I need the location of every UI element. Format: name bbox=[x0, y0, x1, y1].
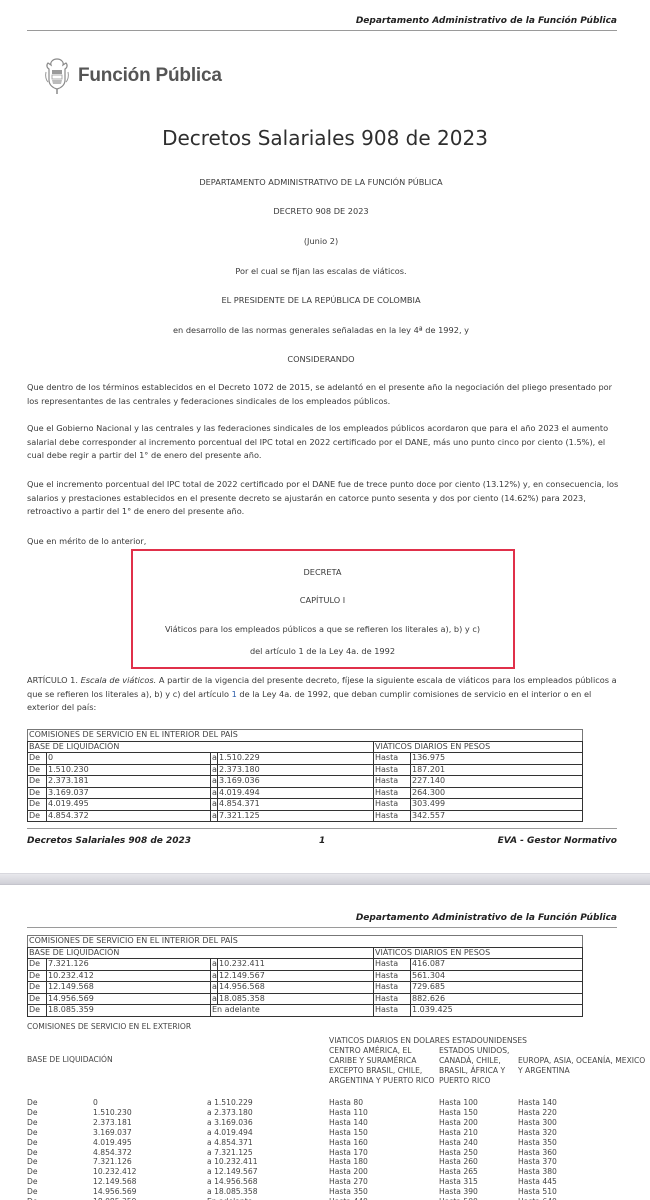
exterior-cell-to: a 4.854.371 bbox=[207, 1138, 253, 1148]
exterior-cell-r3: Hasta 140 bbox=[518, 1098, 557, 1108]
exterior-cell-from: 0 bbox=[93, 1098, 98, 1108]
table-caption-row: COMISIONES DE SERVICIO EN EL INTERIOR DE… bbox=[28, 730, 583, 742]
cell-hasta: Hasta bbox=[374, 982, 411, 994]
table-row: De14.956.569a18.085.358Hasta882.626 bbox=[28, 993, 583, 1005]
considerando-paragraph: Que el Gobierno Nacional y las centrales… bbox=[27, 422, 619, 463]
cell-de: De bbox=[28, 753, 47, 765]
exterior-cell-r2: Hasta 100 bbox=[439, 1098, 478, 1108]
article-heading: Escala de viáticos. bbox=[81, 675, 157, 685]
exterior-cell-to: a 4.019.494 bbox=[207, 1128, 253, 1138]
cell-a: a bbox=[211, 753, 218, 765]
table-row: De12.149.568a14.956.568Hasta729.685 bbox=[28, 982, 583, 994]
exterior-cell-from: 4.854.372 bbox=[93, 1148, 132, 1158]
exterior-cell-r2: Hasta 315 bbox=[439, 1177, 478, 1187]
exterior-cell-to: a 10.232.411 bbox=[207, 1157, 258, 1167]
cell-hasta: Hasta bbox=[374, 776, 411, 788]
exterior-cell-from: 2.373.181 bbox=[93, 1118, 132, 1128]
cell-de: De bbox=[28, 764, 47, 776]
column-header-base: BASE DE LIQUIDACIÓN bbox=[28, 741, 374, 753]
exterior-cell-de: De bbox=[27, 1128, 38, 1138]
region-header: EUROPA, ASIA, OCEANÍA, MEXICO Y ARGENTIN… bbox=[518, 1056, 648, 1076]
preamble-line: en desarrollo de las normas generales se… bbox=[0, 325, 642, 335]
exterior-cell-de: De bbox=[27, 1148, 38, 1158]
page-footer: Decretos Salariales 908 de 2023 1 EVA - … bbox=[27, 828, 617, 836]
cell-a: a bbox=[211, 787, 218, 799]
document-page-2: Departamento Administrativo de la Funció… bbox=[0, 885, 650, 1200]
cell-hasta: Hasta bbox=[374, 753, 411, 765]
chapter-heading: CAPÍTULO I bbox=[133, 595, 512, 605]
cell-de: De bbox=[28, 776, 47, 788]
colombia-coat-of-arms-icon bbox=[42, 56, 72, 96]
cell-value: 264.300 bbox=[411, 787, 583, 799]
exterior-cell-r3: Hasta 220 bbox=[518, 1108, 557, 1118]
cell-to: 1.510.229 bbox=[218, 753, 374, 765]
cell-value: 303.499 bbox=[411, 799, 583, 811]
cell-from: 7.321.126 bbox=[47, 959, 211, 971]
table-row: De4.019.495a4.854.371Hasta303.499 bbox=[28, 799, 583, 811]
exterior-cell-r3: Hasta 300 bbox=[518, 1118, 557, 1128]
exterior-cell-de: De bbox=[27, 1187, 38, 1197]
cell-to: 14.956.568 bbox=[218, 982, 374, 994]
cell-hasta: Hasta bbox=[374, 764, 411, 776]
exterior-cell-r3: Hasta 380 bbox=[518, 1167, 557, 1177]
preamble-line: Por el cual se fijan las escalas de viát… bbox=[0, 266, 642, 276]
cell-value: 342.557 bbox=[411, 810, 583, 822]
cell-a: a bbox=[211, 982, 218, 994]
running-header: Departamento Administrativo de la Funció… bbox=[27, 16, 617, 31]
exterior-col-base: BASE DE LIQUIDACIÓN bbox=[27, 1055, 113, 1065]
exterior-cell-r1: Hasta 80 bbox=[329, 1098, 363, 1108]
table-caption: COMISIONES DE SERVICIO EN EL INTERIOR DE… bbox=[28, 730, 583, 742]
exterior-cell-de: De bbox=[27, 1138, 38, 1148]
interior-viaticos-table-continued: COMISIONES DE SERVICIO EN EL INTERIOR DE… bbox=[27, 935, 583, 1017]
cell-hasta: Hasta bbox=[374, 810, 411, 822]
table-row: De2.373.181a3.169.036Hasta227.140 bbox=[28, 776, 583, 788]
footer-document-title: Decretos Salariales 908 de 2023 bbox=[27, 836, 191, 846]
cell-from: 4.019.495 bbox=[47, 799, 211, 811]
exterior-cell-r2: Hasta 390 bbox=[439, 1187, 478, 1197]
table-row: De3.169.037a4.019.494Hasta264.300 bbox=[28, 787, 583, 799]
exterior-cell-r1: Hasta 180 bbox=[329, 1157, 368, 1167]
page-title: Decretos Salariales 908 de 2023 bbox=[0, 126, 650, 150]
article-label: ARTÍCULO 1. bbox=[27, 675, 78, 685]
table-header-row: BASE DE LIQUIDACIÓNVIÁTICOS DIARIOS EN P… bbox=[28, 741, 583, 753]
cell-a: a bbox=[211, 810, 218, 822]
cell-a: a bbox=[211, 764, 218, 776]
decreta-heading: DECRETA bbox=[133, 567, 512, 577]
exterior-caption: COMISIONES DE SERVICIO EN EL EXTERIOR bbox=[27, 1022, 191, 1032]
chapter-subtitle: del artículo 1 de la Ley 4a. de 1992 bbox=[133, 646, 512, 656]
cell-de: De bbox=[28, 970, 47, 982]
table-row: De10.232.412a12.149.567Hasta561.304 bbox=[28, 970, 583, 982]
exterior-cell-de: De bbox=[27, 1177, 38, 1187]
exterior-cell-r2: Hasta 210 bbox=[439, 1128, 478, 1138]
column-header-viaticos: VIÁTICOS DIARIOS EN PESOS bbox=[374, 741, 583, 753]
cell-de: De bbox=[28, 810, 47, 822]
cell-to: 10.232.411 bbox=[218, 959, 374, 971]
preamble-line: EL PRESIDENTE DE LA REPÚBLICA DE COLOMBI… bbox=[0, 295, 642, 305]
exterior-cell-de: De bbox=[27, 1108, 38, 1118]
column-header-base: BASE DE LIQUIDACIÓN bbox=[28, 947, 374, 959]
exterior-cell-r2: Hasta 200 bbox=[439, 1118, 478, 1128]
exterior-cell-r3: Hasta 360 bbox=[518, 1148, 557, 1158]
table-row: De0a1.510.229Hasta136.975 bbox=[28, 753, 583, 765]
cell-de: De bbox=[28, 982, 47, 994]
cell-to: 7.321.125 bbox=[218, 810, 374, 822]
exterior-cell-from: 3.169.037 bbox=[93, 1128, 132, 1138]
cell-value: 729.685 bbox=[411, 982, 583, 994]
cell-value: 1.039.425 bbox=[411, 1005, 583, 1017]
exterior-cell-r2: Hasta 260 bbox=[439, 1157, 478, 1167]
cell-value: 882.626 bbox=[411, 993, 583, 1005]
exterior-cell-r3: Hasta 510 bbox=[518, 1187, 557, 1197]
cell-from: 1.510.230 bbox=[47, 764, 211, 776]
cell-hasta: Hasta bbox=[374, 1005, 411, 1017]
cell-a: a bbox=[211, 799, 218, 811]
cell-hasta: Hasta bbox=[374, 993, 411, 1005]
cell-to: 4.019.494 bbox=[218, 787, 374, 799]
cell-from: 18.085.359 bbox=[47, 1005, 211, 1017]
cell-from: 2.373.181 bbox=[47, 776, 211, 788]
table-header-row: BASE DE LIQUIDACIÓNVIÁTICOS DIARIOS EN P… bbox=[28, 947, 583, 959]
exterior-cell-r2: Hasta 150 bbox=[439, 1108, 478, 1118]
exterior-cell-r1: Hasta 160 bbox=[329, 1138, 368, 1148]
cell-from: 12.149.568 bbox=[47, 982, 211, 994]
cell-from: 0 bbox=[47, 753, 211, 765]
exterior-cell-r1: Hasta 170 bbox=[329, 1148, 368, 1158]
exterior-cell-to: a 2.373.180 bbox=[207, 1108, 253, 1118]
highlighted-decreta-box: DECRETA CAPÍTULO I Viáticos para los emp… bbox=[131, 549, 515, 669]
cell-to: En adelante bbox=[211, 1005, 374, 1017]
exterior-cell-r3: Hasta 445 bbox=[518, 1177, 557, 1187]
column-header-viaticos: VIÁTICOS DIARIOS EN PESOS bbox=[374, 947, 583, 959]
footer-page-number: 1 bbox=[319, 836, 325, 846]
logo-text: Función Pública bbox=[78, 65, 222, 87]
exterior-cell-r1: Hasta 140 bbox=[329, 1118, 368, 1128]
table-row: De18.085.359En adelanteHasta1.039.425 bbox=[28, 1005, 583, 1017]
cell-value: 187.201 bbox=[411, 764, 583, 776]
exterior-cell-to: a 1.510.229 bbox=[207, 1098, 253, 1108]
cell-de: De bbox=[28, 959, 47, 971]
table-row: De7.321.126a10.232.411Hasta416.087 bbox=[28, 959, 583, 971]
exterior-cell-de: De bbox=[27, 1167, 38, 1177]
exterior-cell-r1: Hasta 270 bbox=[329, 1177, 368, 1187]
exterior-cell-from: 12.149.568 bbox=[93, 1177, 136, 1187]
cell-from: 3.169.037 bbox=[47, 787, 211, 799]
exterior-cell-from: 10.232.412 bbox=[93, 1167, 136, 1177]
exterior-cell-de: De bbox=[27, 1118, 38, 1128]
cell-a: a bbox=[211, 776, 218, 788]
table-row: De4.854.372a7.321.125Hasta342.557 bbox=[28, 810, 583, 822]
cell-value: 136.975 bbox=[411, 753, 583, 765]
preamble-line: DECRETO 908 DE 2023 bbox=[0, 206, 642, 216]
interior-viaticos-table: COMISIONES DE SERVICIO EN EL INTERIOR DE… bbox=[27, 729, 583, 822]
cell-a: a bbox=[211, 959, 218, 971]
exterior-cell-to: a 12.149.567 bbox=[207, 1167, 258, 1177]
exterior-cell-r3: Hasta 370 bbox=[518, 1157, 557, 1167]
exterior-cell-to: a 7.321.125 bbox=[207, 1148, 253, 1158]
chapter-subtitle: Viáticos para los empleados públicos a q… bbox=[133, 624, 512, 634]
exterior-cell-de: De bbox=[27, 1098, 38, 1108]
exterior-cell-from: 7.321.126 bbox=[93, 1157, 132, 1167]
exterior-cell-r2: Hasta 240 bbox=[439, 1138, 478, 1148]
cell-hasta: Hasta bbox=[374, 970, 411, 982]
region-header: ESTADOS UNIDOS, CANADÁ, CHILE, BRASIL, Á… bbox=[439, 1046, 517, 1086]
article-1-paragraph: ARTÍCULO 1. Escala de viáticos. A partir… bbox=[27, 674, 619, 715]
document-page-1: Departamento Administrativo de la Funció… bbox=[0, 0, 650, 873]
table-caption: COMISIONES DE SERVICIO EN EL INTERIOR DE… bbox=[28, 936, 583, 948]
cell-from: 4.854.372 bbox=[47, 810, 211, 822]
exterior-cell-from: 14.956.569 bbox=[93, 1187, 136, 1197]
running-header: Departamento Administrativo de la Funció… bbox=[27, 913, 617, 928]
cell-to: 12.149.567 bbox=[218, 970, 374, 982]
exterior-cell-to: a 3.169.036 bbox=[207, 1118, 253, 1128]
exterior-cell-r1: Hasta 110 bbox=[329, 1108, 368, 1118]
table-caption-row: COMISIONES DE SERVICIO EN EL INTERIOR DE… bbox=[28, 936, 583, 948]
funcion-publica-logo: Función Pública bbox=[42, 56, 222, 96]
region-header: CENTRO AMÉRICA, EL CARIBE Y SURAMÉRICA E… bbox=[329, 1046, 437, 1086]
exterior-cell-r2: Hasta 250 bbox=[439, 1148, 478, 1158]
footer-source: EVA - Gestor Normativo bbox=[498, 836, 617, 846]
considerando-heading: CONSIDERANDO bbox=[0, 354, 642, 364]
exterior-col-viaticos: VIATICOS DIARIOS EN DOLARES ESTADOUNIDEN… bbox=[329, 1036, 527, 1046]
cell-value: 416.087 bbox=[411, 959, 583, 971]
cell-de: De bbox=[28, 799, 47, 811]
preamble-line: DEPARTAMENTO ADMINISTRATIVO DE LA FUNCIÓ… bbox=[0, 177, 642, 187]
preamble-line: (Junio 2) bbox=[0, 236, 642, 246]
considerando-paragraph: Que el incremento porcentual del IPC tot… bbox=[27, 478, 619, 519]
cell-de: De bbox=[28, 993, 47, 1005]
exterior-cell-from: 1.510.230 bbox=[93, 1108, 132, 1118]
exterior-cell-de: De bbox=[27, 1157, 38, 1167]
exterior-cell-from: 4.019.495 bbox=[93, 1138, 132, 1148]
considerando-paragraph: Que en mérito de lo anterior, bbox=[27, 535, 619, 549]
exterior-cell-r3: Hasta 350 bbox=[518, 1138, 557, 1148]
cell-to: 3.169.036 bbox=[218, 776, 374, 788]
cell-hasta: Hasta bbox=[374, 799, 411, 811]
exterior-cell-r1: Hasta 150 bbox=[329, 1128, 368, 1138]
exterior-cell-r3: Hasta 320 bbox=[518, 1128, 557, 1138]
cell-de: De bbox=[28, 1005, 47, 1017]
cell-hasta: Hasta bbox=[374, 787, 411, 799]
exterior-cell-r2: Hasta 265 bbox=[439, 1167, 478, 1177]
cell-to: 2.373.180 bbox=[218, 764, 374, 776]
cell-a: a bbox=[211, 970, 218, 982]
cell-to: 18.085.358 bbox=[218, 993, 374, 1005]
page-separator bbox=[0, 873, 650, 885]
cell-a: a bbox=[211, 993, 218, 1005]
cell-value: 227.140 bbox=[411, 776, 583, 788]
exterior-cell-r1: Hasta 350 bbox=[329, 1187, 368, 1197]
cell-value: 561.304 bbox=[411, 970, 583, 982]
cell-from: 14.956.569 bbox=[47, 993, 211, 1005]
table-row: De1.510.230a2.373.180Hasta187.201 bbox=[28, 764, 583, 776]
exterior-cell-r1: Hasta 200 bbox=[329, 1167, 368, 1177]
exterior-cell-to: a 18.085.358 bbox=[207, 1187, 258, 1197]
cell-de: De bbox=[28, 787, 47, 799]
cell-to: 4.854.371 bbox=[218, 799, 374, 811]
cell-hasta: Hasta bbox=[374, 959, 411, 971]
exterior-cell-to: a 14.956.568 bbox=[207, 1177, 258, 1187]
considerando-paragraph: Que dentro de los términos establecidos … bbox=[27, 381, 619, 408]
cell-from: 10.232.412 bbox=[47, 970, 211, 982]
